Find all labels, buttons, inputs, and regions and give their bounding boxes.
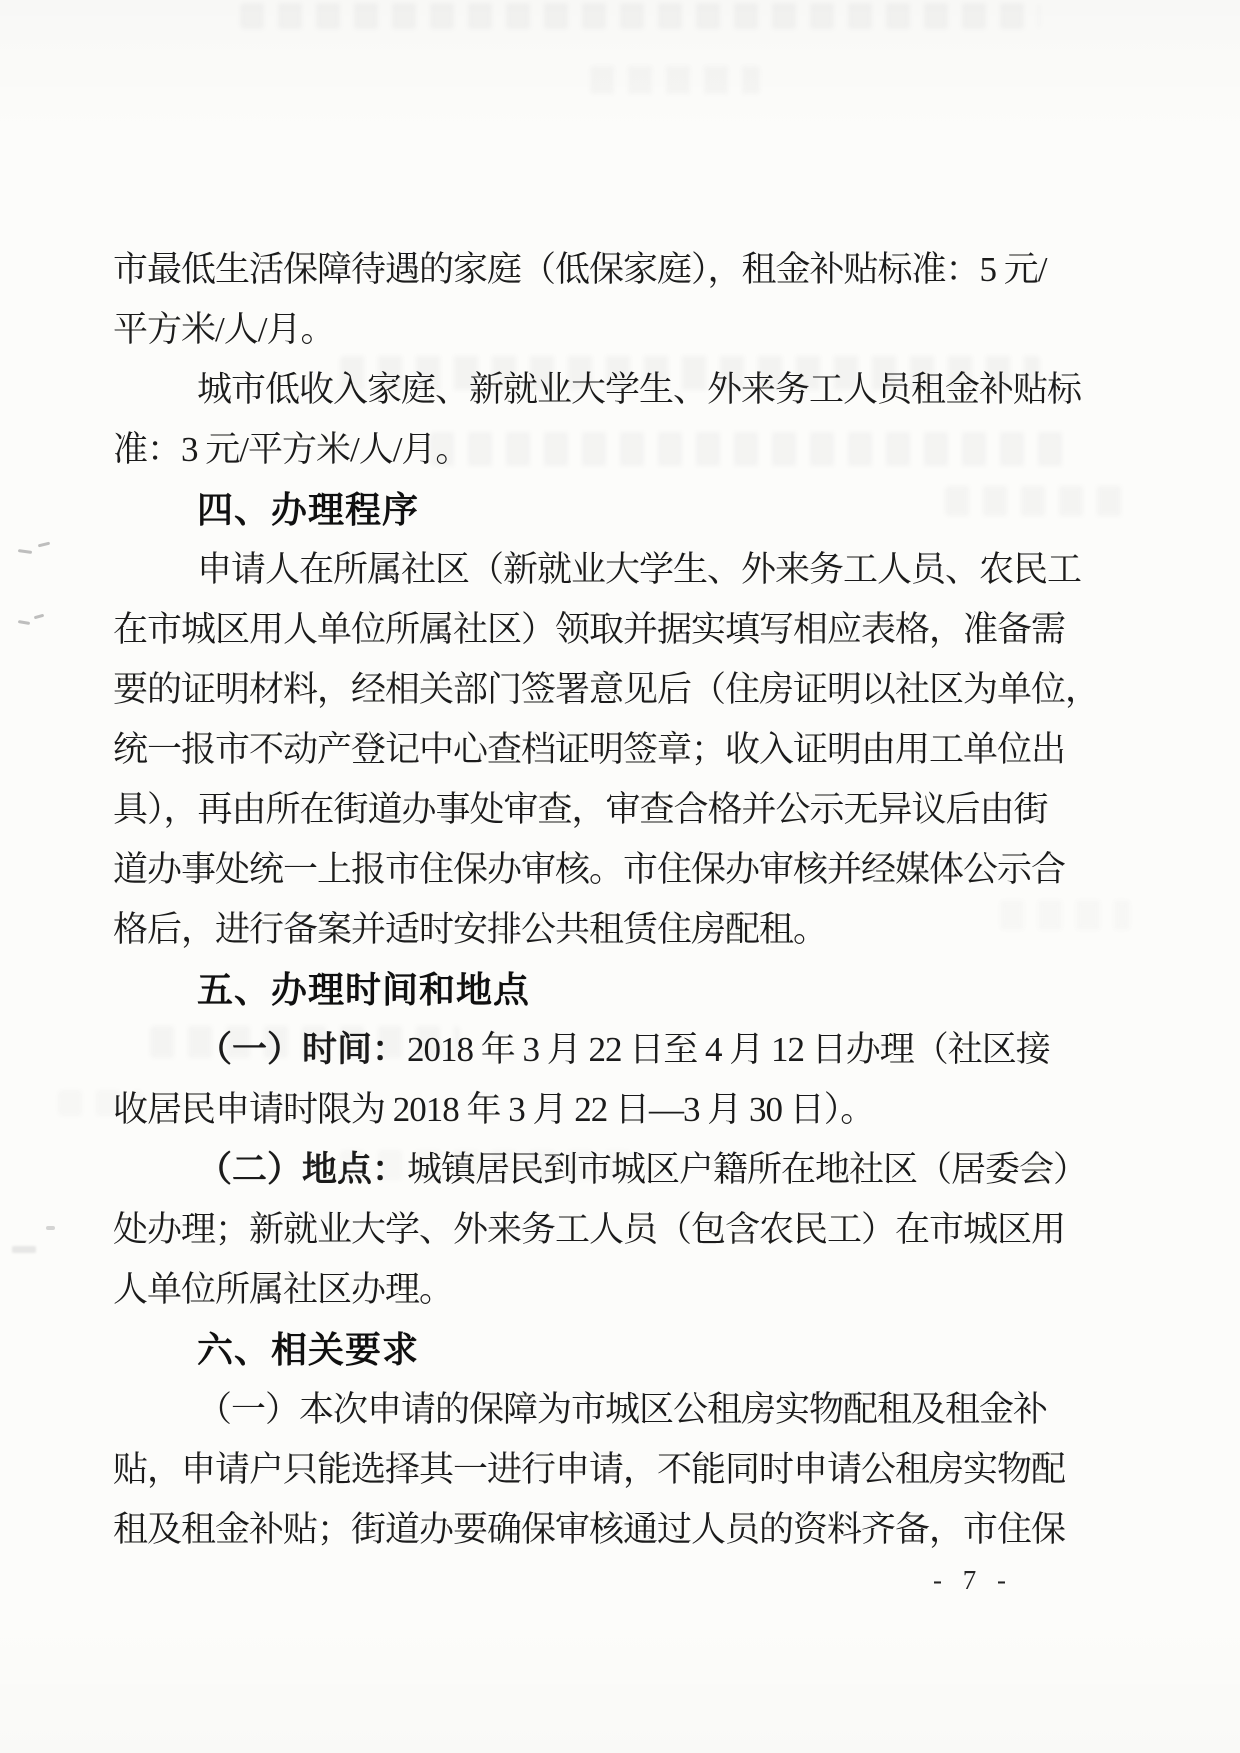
text-segment: （一）时间： xyxy=(197,1030,407,1069)
document-body: 市最低生活保障待遇的家庭（低保家庭），租金补贴标准：5 元/平方米/人/月。城市… xyxy=(113,240,1123,1560)
text-line: 格后，进行备案并适时安排公共租赁住房配租。 xyxy=(113,900,1123,960)
text-line: 城市低收入家庭、新就业大学生、外来务工人员租金补贴标 xyxy=(113,360,1123,420)
text-segment: 在市城区用人单位所属社区）领取并据实填写相应表格，准备需 xyxy=(113,610,1065,649)
text-segment: 要的证明材料，经相关部门签署意见后（住房证明以社区为单位， xyxy=(113,670,1099,709)
text-line: （一）时间：2018 年 3 月 22 日至 4 月 12 日办理（社区接 xyxy=(113,1020,1123,1080)
text-segment: 具），再由所在街道办事处审查，审查合格并公示无异议后由街 xyxy=(113,790,1048,829)
text-segment: （一）本次申请的保障为市城区公租房实物配租及租金补 xyxy=(197,1390,1047,1429)
text-segment: 四、办理程序 xyxy=(197,489,419,530)
section-heading: 六、相关要求 xyxy=(113,1320,1123,1380)
page-number: - 7 - xyxy=(933,1565,1013,1596)
text-segment: 平方米/人/月。 xyxy=(113,310,334,349)
bleed-through-artifact xyxy=(240,3,1040,29)
text-segment: 统一报市不动产登记中心查档证明签章；收入证明由用工单位出 xyxy=(113,730,1065,769)
text-segment: 人单位所属社区办理。 xyxy=(113,1270,453,1309)
text-line: 处办理；新就业大学、外来务工人员（包含农民工）在市城区用 xyxy=(113,1200,1123,1260)
bleed-through-artifact xyxy=(590,66,760,94)
section-heading: 五、办理时间和地点 xyxy=(113,960,1123,1020)
text-segment: （二）地点： xyxy=(197,1150,407,1189)
text-segment: 租及租金补贴；街道办要确保审核通过人员的资料齐备，市住保 xyxy=(113,1510,1065,1549)
text-line: 在市城区用人单位所属社区）领取并据实填写相应表格，准备需 xyxy=(113,600,1123,660)
text-segment: 准：3 元/平方米/人/月。 xyxy=(113,430,469,469)
margin-pencil-mark xyxy=(34,614,44,620)
document-page: 市最低生活保障待遇的家庭（低保家庭），租金补贴标准：5 元/平方米/人/月。城市… xyxy=(0,0,1240,1753)
text-line: 平方米/人/月。 xyxy=(113,300,1123,360)
text-line: （一）本次申请的保障为市城区公租房实物配租及租金补 xyxy=(113,1380,1123,1440)
text-line: 市最低生活保障待遇的家庭（低保家庭），租金补贴标准：5 元/ xyxy=(113,240,1123,300)
text-segment: 城市低收入家庭、新就业大学生、外来务工人员租金补贴标 xyxy=(197,370,1081,409)
margin-pencil-mark xyxy=(18,620,30,625)
text-segment: 格后，进行备案并适时安排公共租赁住房配租。 xyxy=(113,910,827,949)
text-segment: 处办理；新就业大学、外来务工人员（包含农民工）在市城区用 xyxy=(113,1210,1065,1249)
text-segment: 贴，申请户只能选择其一进行申请，不能同时申请公租房实物配 xyxy=(113,1450,1065,1489)
text-line: 道办事处统一上报市住保办审核。市住保办审核并经媒体公示合 xyxy=(113,840,1123,900)
text-segment: 道办事处统一上报市住保办审核。市住保办审核并经媒体公示合 xyxy=(113,850,1065,889)
text-line: 统一报市不动产登记中心查档证明签章；收入证明由用工单位出 xyxy=(113,720,1123,780)
text-segment: 市最低生活保障待遇的家庭（低保家庭），租金补贴标准：5 元/ xyxy=(113,250,1046,289)
text-segment: 城镇居民到市城区户籍所在地社区（居委会） xyxy=(407,1150,1087,1189)
margin-pencil-mark xyxy=(46,1226,55,1230)
section-heading: 四、办理程序 xyxy=(113,480,1123,540)
margin-pencil-mark xyxy=(12,1246,36,1253)
text-line: 具），再由所在街道办事处审查，审查合格并公示无异议后由街 xyxy=(113,780,1123,840)
text-line: （二）地点：城镇居民到市城区户籍所在地社区（居委会） xyxy=(113,1140,1123,1200)
text-line: 申请人在所属社区（新就业大学生、外来务工人员、农民工 xyxy=(113,540,1123,600)
text-segment: 六、相关要求 xyxy=(197,1329,419,1370)
text-line: 贴，申请户只能选择其一进行申请，不能同时申请公租房实物配 xyxy=(113,1440,1123,1500)
text-segment: 五、办理时间和地点 xyxy=(197,969,530,1010)
text-line: 人单位所属社区办理。 xyxy=(113,1260,1123,1320)
text-segment: 申请人在所属社区（新就业大学生、外来务工人员、农民工 xyxy=(197,550,1081,589)
text-line: 收居民申请时限为 2018 年 3 月 22 日—3 月 30 日）。 xyxy=(113,1080,1123,1140)
text-line: 租及租金补贴；街道办要确保审核通过人员的资料齐备，市住保 xyxy=(113,1500,1123,1560)
text-line: 准：3 元/平方米/人/月。 xyxy=(113,420,1123,480)
margin-pencil-mark xyxy=(18,549,32,554)
text-segment: 收居民申请时限为 2018 年 3 月 22 日—3 月 30 日）。 xyxy=(113,1090,874,1129)
text-line: 要的证明材料，经相关部门签署意见后（住房证明以社区为单位， xyxy=(113,660,1123,720)
margin-pencil-mark xyxy=(38,542,50,548)
text-segment: 2018 年 3 月 22 日至 4 月 12 日办理（社区接 xyxy=(407,1030,1050,1069)
